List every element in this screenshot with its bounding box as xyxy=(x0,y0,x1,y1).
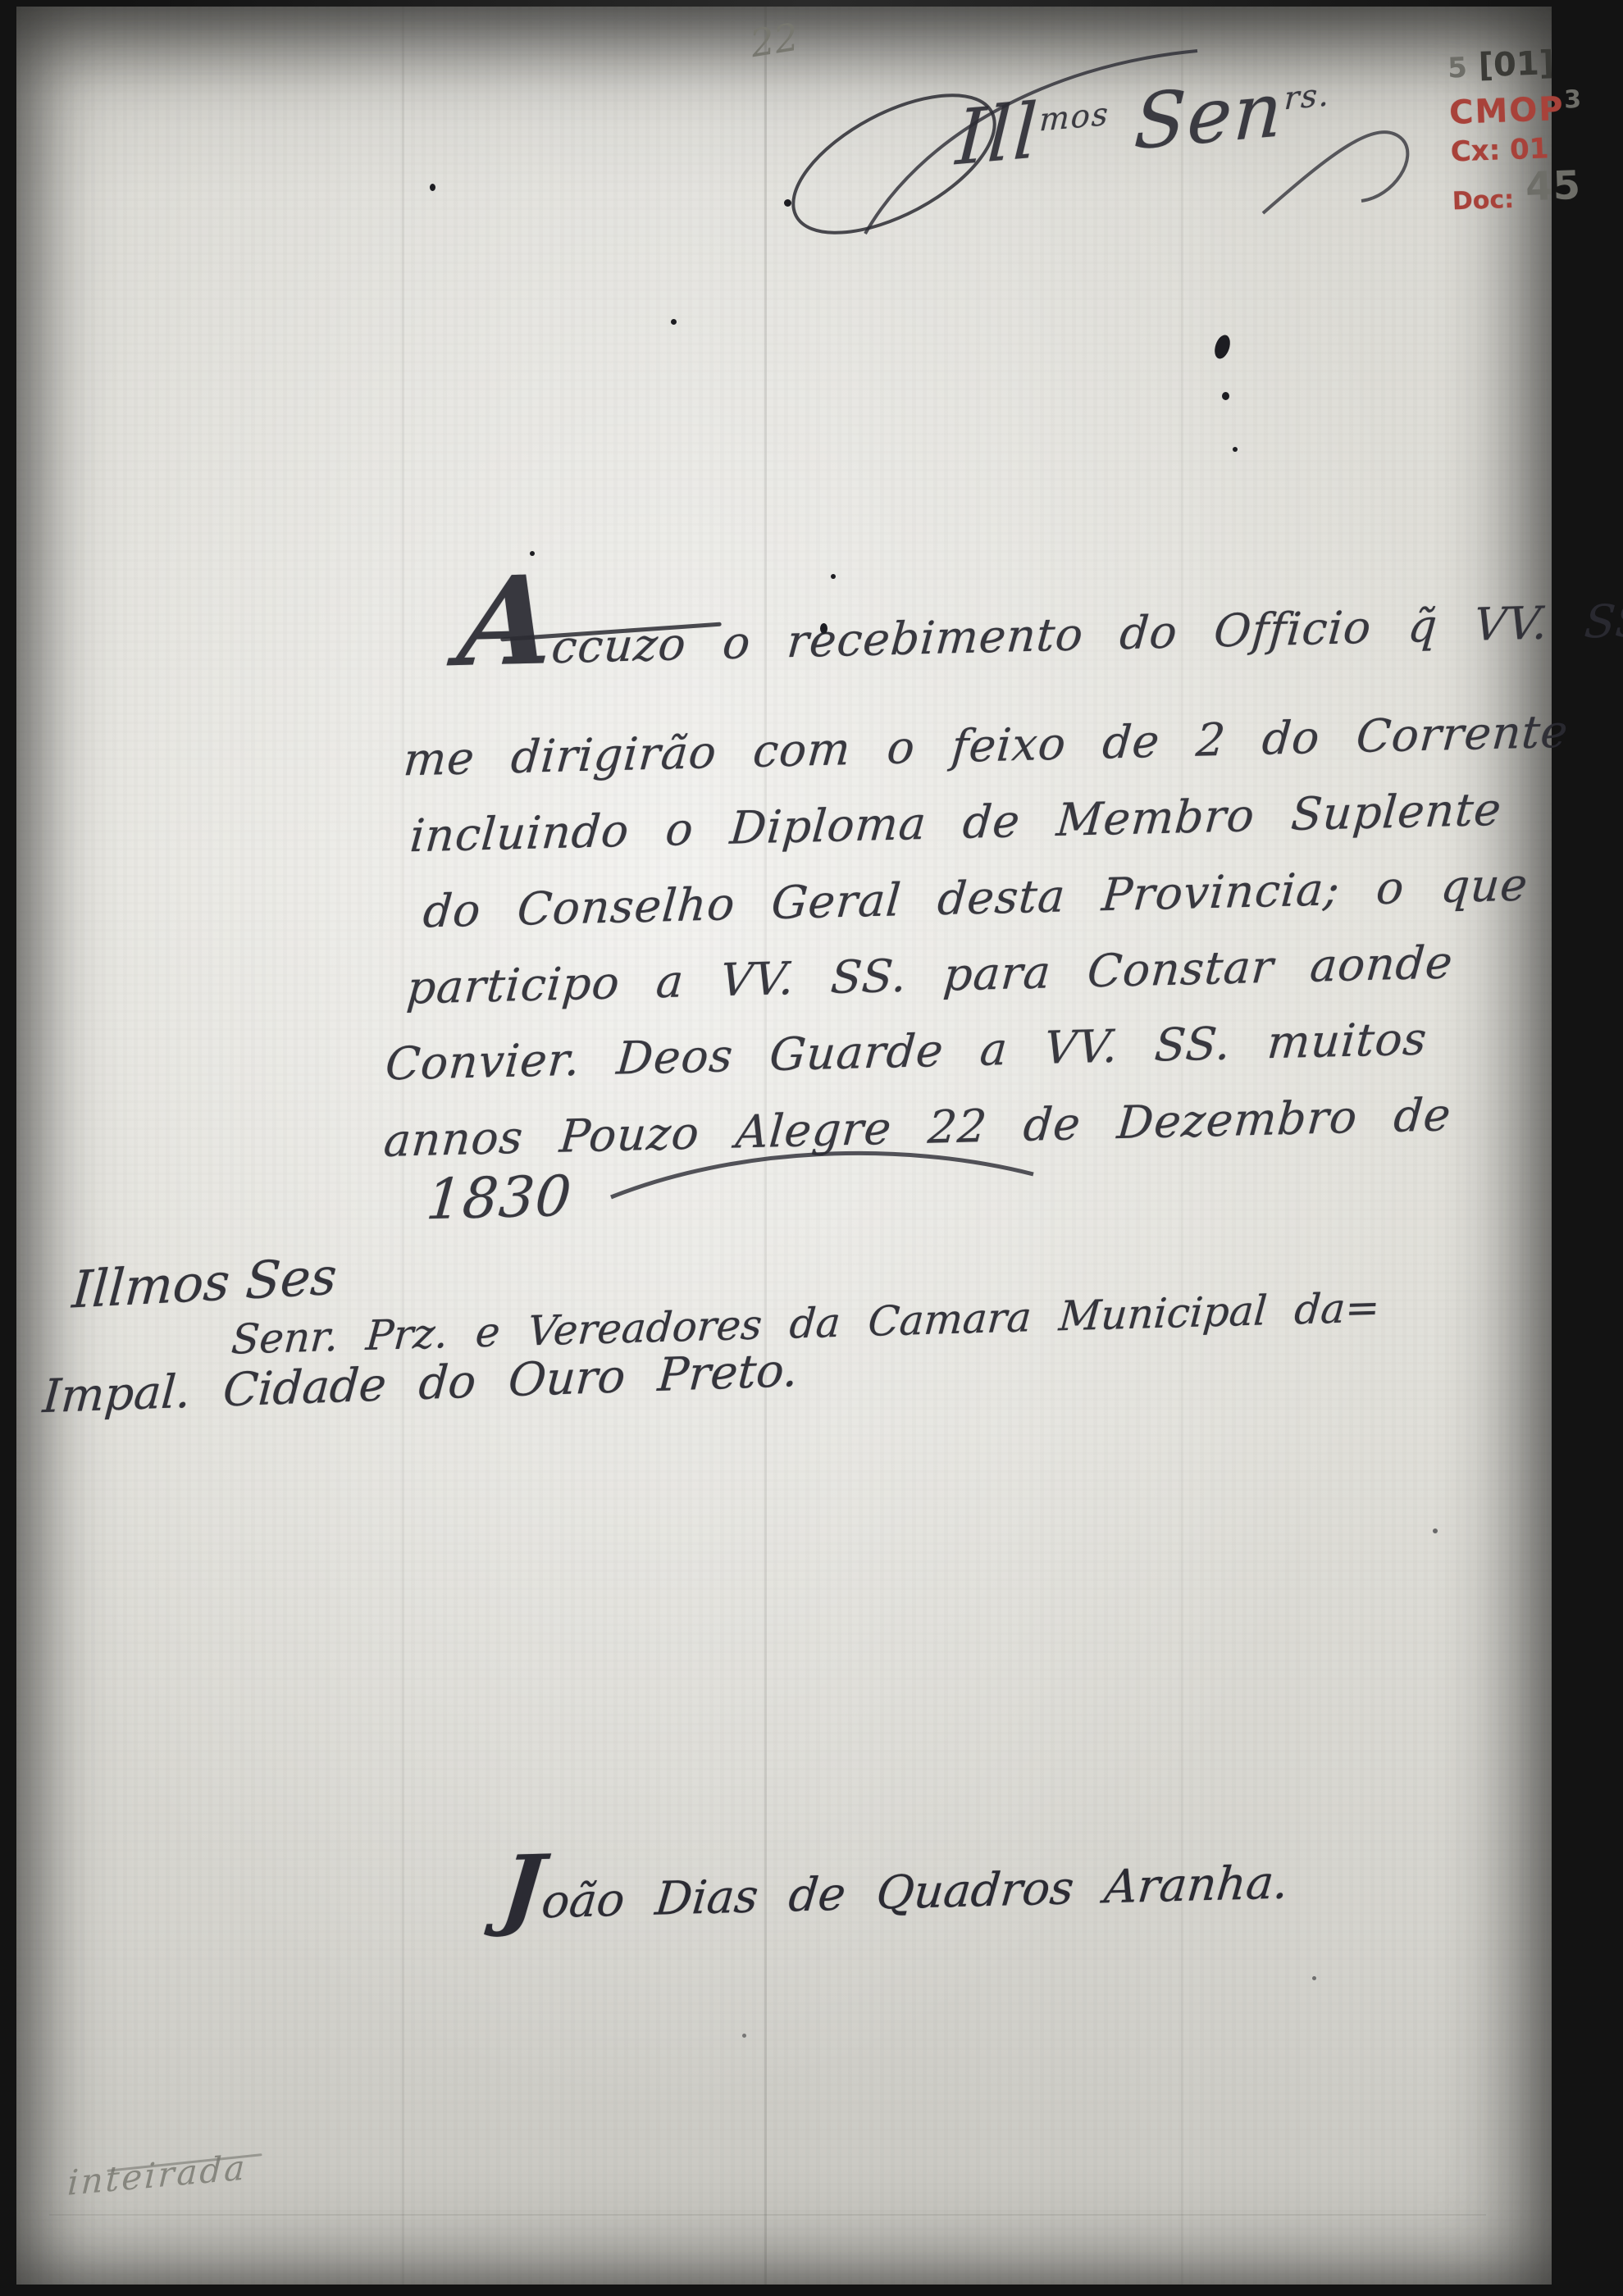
salutation-part1: Ill xyxy=(954,87,1041,183)
signature: João Dias de Quadros Aranha. xyxy=(497,1816,1294,1940)
archive-stamp: 5 [01] CMOP3 Cx: 01 Doc: 45 xyxy=(1447,40,1616,222)
date-flourish xyxy=(603,1133,1046,1215)
ink-spot xyxy=(784,199,791,207)
archive-fonds-code: CMOP xyxy=(1448,90,1565,132)
archive-fonds-sup: 3 xyxy=(1564,85,1584,115)
ink-spot xyxy=(742,2034,746,2038)
salutation-sup2: rs. xyxy=(1283,76,1332,117)
horizontal-crease xyxy=(49,2214,1486,2216)
ink-spot xyxy=(820,623,827,634)
ink-spot xyxy=(671,319,677,325)
ink-spot xyxy=(1222,392,1229,400)
archive-doc-number: 45 xyxy=(1525,162,1581,210)
ink-spot xyxy=(430,184,435,191)
archive-pencil-prefix: 5 xyxy=(1447,52,1468,85)
ink-spot xyxy=(1233,447,1238,452)
salutation-part2: Sen xyxy=(1132,66,1286,167)
archive-item-number: [01] xyxy=(1478,44,1555,84)
archive-doc-label: Doc: xyxy=(1452,184,1514,216)
scanner-background: 22 Illmos Senrs. 5 [01] CMOP3 Cx: 01 Doc… xyxy=(0,0,1623,2296)
salutation-sup1: mos xyxy=(1038,96,1110,139)
ink-spot xyxy=(831,574,836,579)
ink-spot xyxy=(1312,1976,1316,1980)
ink-spot xyxy=(530,551,535,556)
ink-spot xyxy=(1433,1528,1438,1533)
body-date-year: 1830 xyxy=(424,1169,573,1228)
